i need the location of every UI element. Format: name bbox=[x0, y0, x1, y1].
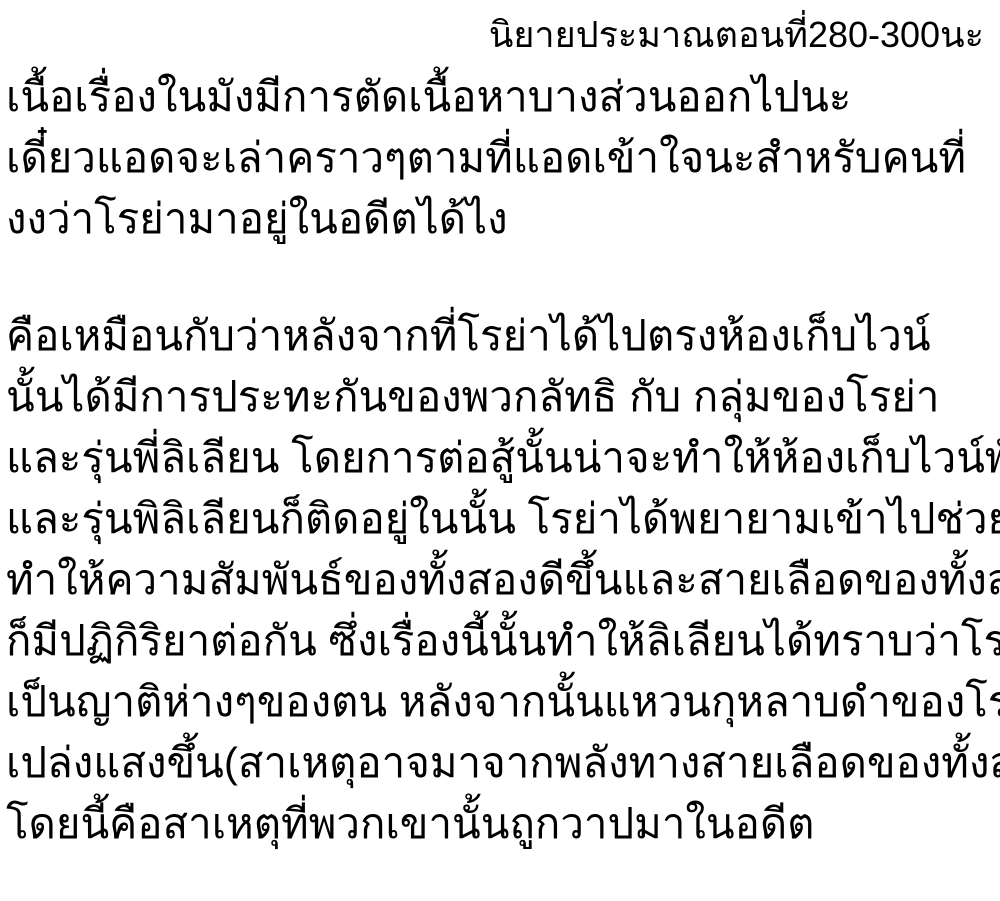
text-line: ทำให้ความสัมพันธ์ของทั้งสองดีขึ้นและสายเ… bbox=[6, 549, 992, 610]
text-line: เป็นญาติห่างๆของตน หลังจากนั้นแหวนกุหลาบ… bbox=[6, 671, 992, 732]
text-line: เดี๋ยวแอดจะเล่าคราวๆตามที่แอดเข้าใจนะสำห… bbox=[6, 127, 992, 188]
text-line: และรุ่นพี่ลิเลียน โดยการต่อสู้นั้นน่าจะท… bbox=[6, 427, 992, 488]
paragraph-intro: เนื้อเรื่องในมังมีการตัดเนื้อหาบางส่วนออ… bbox=[6, 66, 992, 249]
text-line: เนื้อเรื่องในมังมีการตัดเนื้อหาบางส่วนออ… bbox=[6, 66, 992, 127]
page: นิยายประมาณตอนที่280-300นะ เนื้อเรื่องใน… bbox=[0, 0, 1000, 901]
text-line: เปล่งแสงขึ้น(สาเหตุอาจมาจากพลังทางสายเลื… bbox=[6, 732, 992, 793]
paragraph-story: คือเหมือนกับว่าหลังจากที่โรย่าได้ไปตรงห้… bbox=[6, 305, 992, 854]
text-line: และรุ่นพิลิเลียนก็ติดอยู่ในนั้น โรย่าได้… bbox=[6, 488, 992, 549]
header-note: นิยายประมาณตอนที่280-300นะ bbox=[6, 10, 992, 60]
text-line: โดยนี้คือสาเหตุที่พวกเขานั้นถูกวาปมาในอด… bbox=[6, 793, 992, 854]
body-text: เนื้อเรื่องในมังมีการตัดเนื้อหาบางส่วนออ… bbox=[6, 66, 992, 854]
text-line: ก็มีปฏิกิริยาต่อกัน ซึ่งเรื่องนี้นั้นทำใ… bbox=[6, 610, 992, 671]
text-line: คือเหมือนกับว่าหลังจากที่โรย่าได้ไปตรงห้… bbox=[6, 305, 992, 366]
text-line: งงว่าโรย่ามาอยู่ในอดีตได้ไง bbox=[6, 188, 992, 249]
text-line: นั้นได้มีการประทะกันของพวกลัทธิ กับ กลุ่… bbox=[6, 366, 992, 427]
